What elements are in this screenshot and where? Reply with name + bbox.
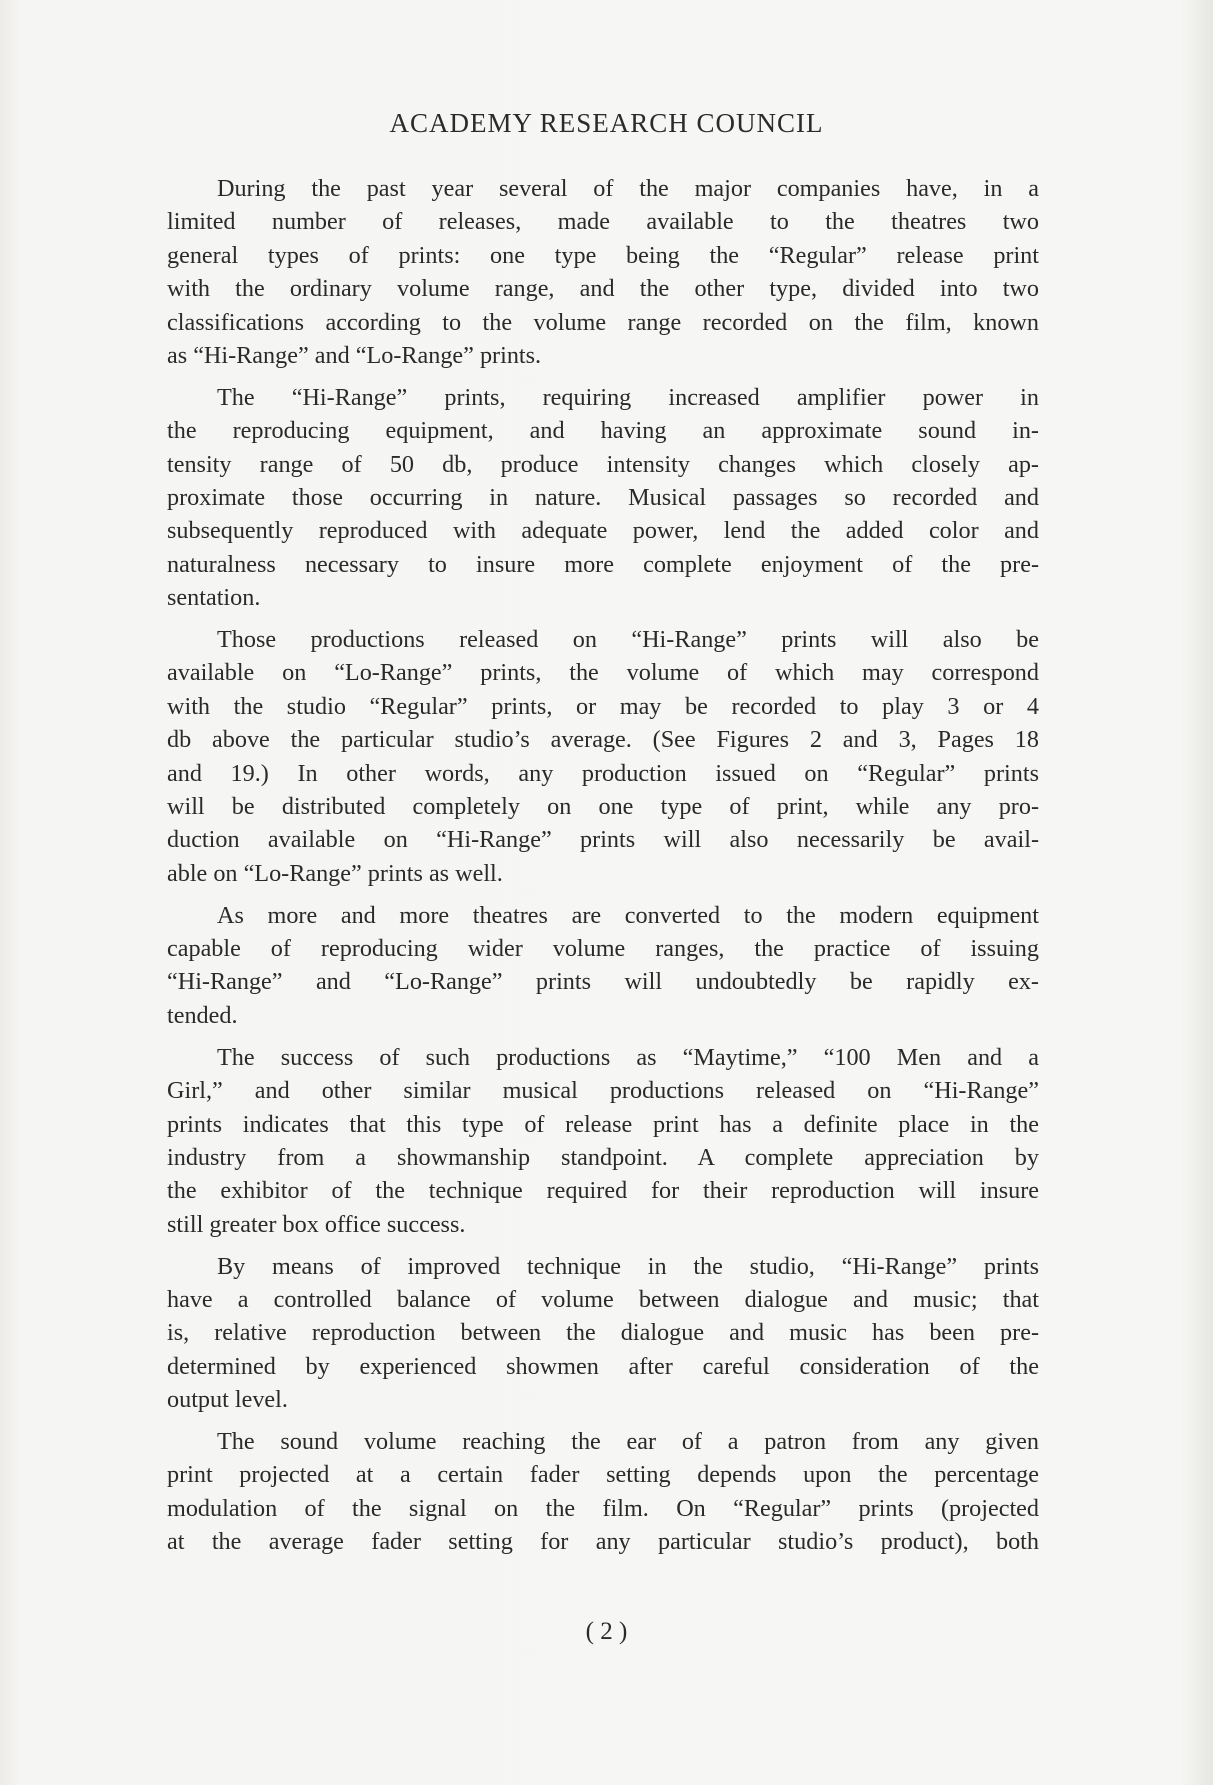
text-line: output level. <box>167 1383 1039 1416</box>
paragraph: During the past year several of the majo… <box>167 172 1039 372</box>
text-line: By means of improved technique in the st… <box>167 1250 1039 1283</box>
text-line: and 19.) In other words, any production … <box>167 757 1039 790</box>
text-line: as “Hi-Range” and “Lo-Range” prints. <box>167 339 1039 372</box>
text-line: industry from a showmanship standpoint. … <box>167 1141 1039 1174</box>
text-line: Girl,” and other similar musical product… <box>167 1074 1039 1107</box>
text-line: able on “Lo-Range” prints as well. <box>167 857 1039 890</box>
text-line: db above the particular studio’s average… <box>167 723 1039 756</box>
text-line: As more and more theatres are converted … <box>167 899 1039 932</box>
text-line: During the past year several of the majo… <box>167 172 1039 205</box>
text-line: The success of such productions as “Mayt… <box>167 1041 1039 1074</box>
text-line: naturalness necessary to insure more com… <box>167 548 1039 581</box>
text-line: classifications according to the volume … <box>167 306 1039 339</box>
body-text: During the past year several of the majo… <box>167 172 1039 1567</box>
text-line: prints indicates that this type of relea… <box>167 1108 1039 1141</box>
text-line: proximate those occurring in nature. Mus… <box>167 481 1039 514</box>
page-number: ( 2 ) <box>0 1618 1213 1646</box>
text-line: tensity range of 50 db, produce intensit… <box>167 448 1039 481</box>
paragraph: The sound volume reaching the ear of a p… <box>167 1425 1039 1559</box>
text-line: tended. <box>167 999 1039 1032</box>
text-line: The sound volume reaching the ear of a p… <box>167 1425 1039 1458</box>
text-line: with the ordinary volume range, and the … <box>167 272 1039 305</box>
text-line: general types of prints: one type being … <box>167 239 1039 272</box>
paragraph: By means of improved technique in the st… <box>167 1250 1039 1417</box>
paragraph: Those productions released on “Hi-Range”… <box>167 623 1039 890</box>
text-line: at the average fader setting for any par… <box>167 1525 1039 1558</box>
text-line: capable of reproducing wider volume rang… <box>167 932 1039 965</box>
paragraph: The success of such productions as “Mayt… <box>167 1041 1039 1241</box>
text-line: will be distributed completely on one ty… <box>167 790 1039 823</box>
text-line: with the studio “Regular” prints, or may… <box>167 690 1039 723</box>
text-line: print projected at a certain fader setti… <box>167 1458 1039 1491</box>
text-line: subsequently reproduced with adequate po… <box>167 514 1039 547</box>
text-line: still greater box office success. <box>167 1208 1039 1241</box>
text-line: sentation. <box>167 581 1039 614</box>
text-line: The “Hi-Range” prints, requiring increas… <box>167 381 1039 414</box>
text-line: have a controlled balance of volume betw… <box>167 1283 1039 1316</box>
text-line: duction available on “Hi-Range” prints w… <box>167 823 1039 856</box>
text-line: Those productions released on “Hi-Range”… <box>167 623 1039 656</box>
text-line: “Hi-Range” and “Lo-Range” prints will un… <box>167 965 1039 998</box>
text-line: limited number of releases, made availab… <box>167 205 1039 238</box>
document-page: ACADEMY RESEARCH COUNCIL During the past… <box>0 0 1213 1785</box>
text-line: the exhibitor of the technique required … <box>167 1174 1039 1207</box>
text-line: determined by experienced showmen after … <box>167 1350 1039 1383</box>
text-line: is, relative reproduction between the di… <box>167 1316 1039 1349</box>
text-line: available on “Lo-Range” prints, the volu… <box>167 656 1039 689</box>
paragraph: The “Hi-Range” prints, requiring increas… <box>167 381 1039 615</box>
text-line: the reproducing equipment, and having an… <box>167 414 1039 447</box>
running-header: ACADEMY RESEARCH COUNCIL <box>0 108 1213 139</box>
text-line: modulation of the signal on the film. On… <box>167 1492 1039 1525</box>
paragraph: As more and more theatres are converted … <box>167 899 1039 1033</box>
